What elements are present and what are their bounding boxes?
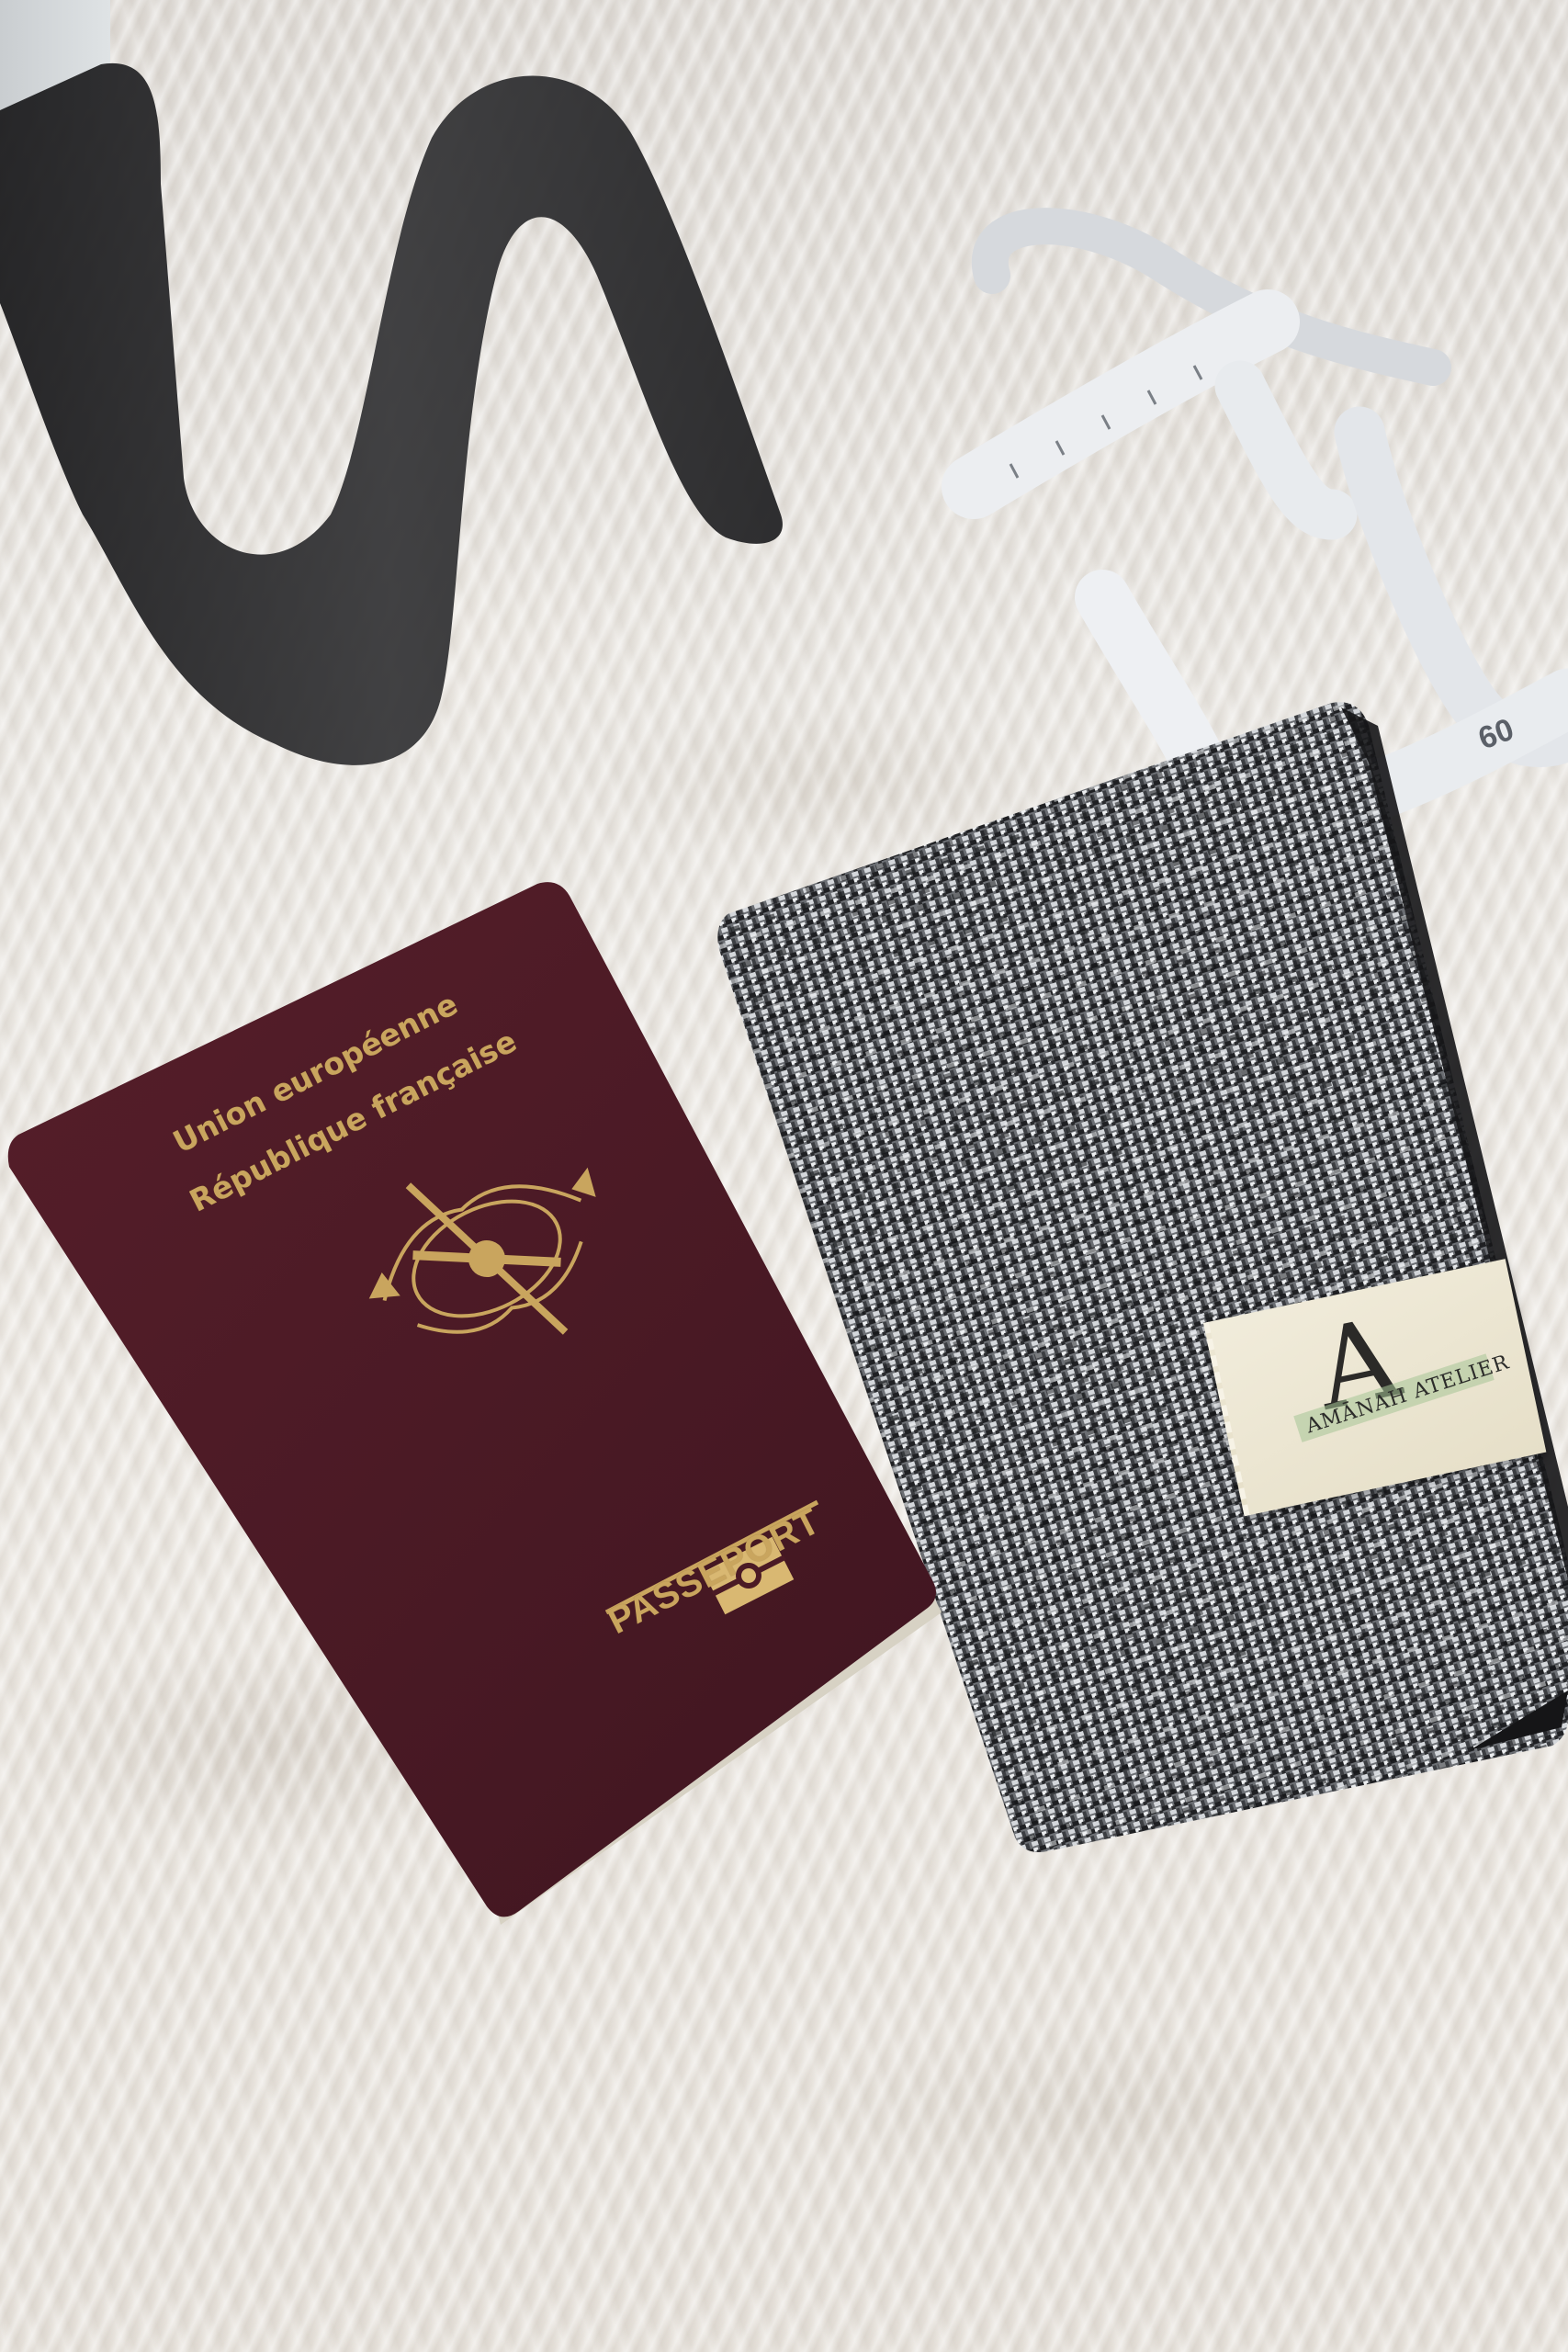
photo-scene: 60 [0,0,1568,2352]
